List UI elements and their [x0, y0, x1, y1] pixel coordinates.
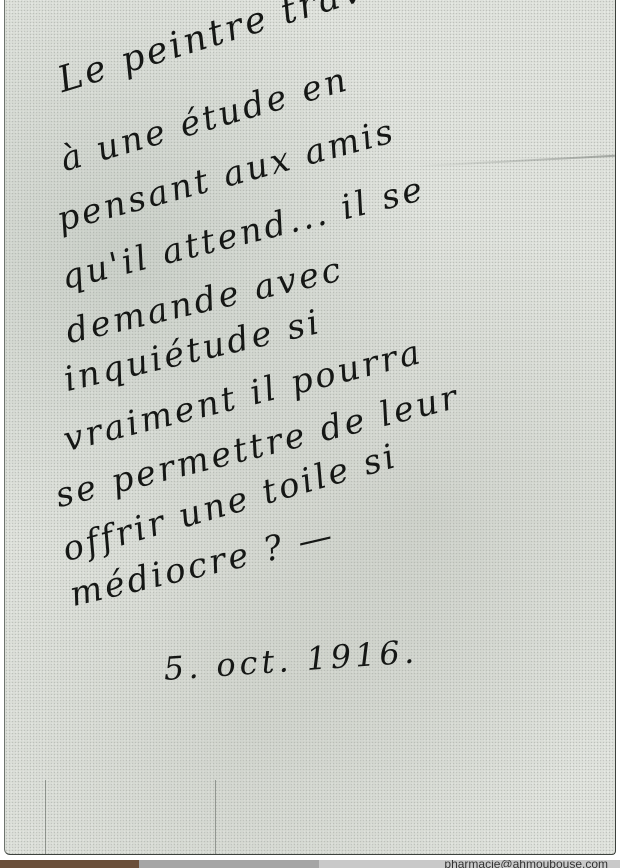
footer-email-text: pharmacie@ahmoubouse.com	[444, 860, 608, 868]
letter-paper: Le peintre travaillant à une étude en pe…	[4, 0, 616, 855]
paper-crease	[215, 780, 216, 854]
letter-date: 5. oct. 1916.	[162, 632, 419, 688]
paper-fold	[415, 155, 615, 167]
paper-crease	[45, 780, 46, 854]
strip-grey-block	[139, 860, 319, 868]
bottom-strip: pharmacie@ahmoubouse.com	[0, 860, 620, 868]
strip-brown-block	[0, 860, 139, 868]
strip-light-block: pharmacie@ahmoubouse.com	[319, 860, 620, 868]
